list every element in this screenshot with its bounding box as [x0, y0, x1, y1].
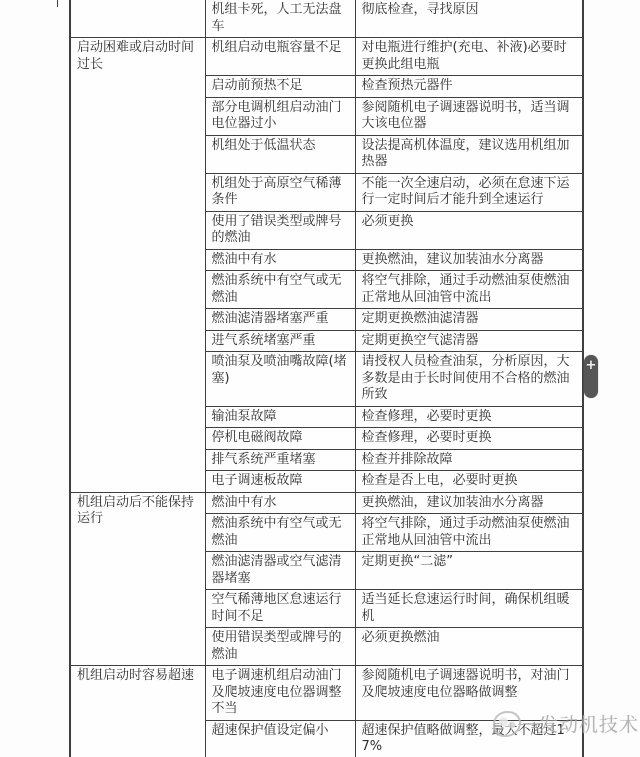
solution-cell: 设法提高机体温度，建议选用机组加热器 [355, 135, 583, 173]
table-row: 机组启动后不能保持运行燃油中有水更换燃油，建议加装油水分离器 [70, 492, 583, 514]
solution-cell: 必须更换 [355, 211, 583, 249]
solution-cell: 不能一次全速启动，必须在怠速下运行一定时间后才能升到全速运行 [355, 173, 583, 211]
cause-cell: 使用了错误类型或牌号的燃油 [205, 211, 355, 249]
solution-cell: 定期更换“二滤” [355, 552, 583, 590]
solution-cell: 检查并排除故障 [355, 449, 583, 471]
solution-cell: 将空气排除，通过手动燃油泵使燃油正常地从回油管中流出 [355, 271, 583, 309]
solution-cell: 将空气排除，通过手动燃油泵使燃油正常地从回油管中流出 [355, 514, 583, 552]
cause-cell: 进气系统堵塞严重 [205, 330, 355, 352]
fault-category-cell: 启动困难或启动时间过长 [70, 38, 205, 493]
solution-cell: 必须更换燃油 [355, 628, 583, 666]
cause-cell: 燃油中有水 [205, 249, 355, 271]
cause-cell: 机组处于低温状态 [205, 135, 355, 173]
solution-cell: 更换燃油，建议加装油水分离器 [355, 492, 583, 514]
table-row: 机组卡死，人工无法盘车彻底检查，寻找原因 [70, 0, 583, 38]
document-page: 机组卡死，人工无法盘车彻底检查，寻找原因启动困难或启动时间过长机组启动电瓶容量不… [0, 0, 640, 757]
cause-cell: 机组卡死，人工无法盘车 [205, 0, 355, 38]
cause-cell: 燃油中有水 [205, 492, 355, 514]
cause-cell: 使用错误类型或牌号的燃油 [205, 628, 355, 666]
cause-cell: 机组启动电瓶容量不足 [205, 38, 355, 76]
cause-cell: 燃油滤清器或空气滤清器堵塞 [205, 552, 355, 590]
cause-cell: 排气系统严重堵塞 [205, 449, 355, 471]
fault-category-cell: 机组启动后不能保持运行 [70, 492, 205, 666]
solution-cell: 对电瓶进行维护(充电、补液)必要时更换此组电瓶 [355, 38, 583, 76]
troubleshooting-table: 机组卡死，人工无法盘车彻底检查，寻找原因启动困难或启动时间过长机组启动电瓶容量不… [69, 0, 584, 757]
solution-cell: 检查预热元器件 [355, 76, 583, 98]
plus-icon: + [584, 355, 598, 377]
cause-cell: 燃油系统中有空气或无燃油 [205, 514, 355, 552]
cause-cell: 机组处于高原空气稀薄条件 [205, 173, 355, 211]
cause-cell: 燃油滤清器堵塞严重 [205, 309, 355, 331]
solution-cell: 适当延长怠速运行时间，确保机组暖机 [355, 590, 583, 628]
solution-cell: 检查修理，必要时更换 [355, 428, 583, 450]
fault-category-cell [70, 0, 205, 38]
cause-cell: 超速保护值设定偏小 [205, 720, 355, 757]
fault-category-cell: 机组启动时容易超速 [70, 666, 205, 757]
solution-cell: 定期更换燃油滤清器 [355, 309, 583, 331]
cause-cell: 启动前预热不足 [205, 76, 355, 98]
table-row: 启动困难或启动时间过长机组启动电瓶容量不足对电瓶进行维护(充电、补液)必要时更换… [70, 38, 583, 76]
solution-cell: 检查修理，必要时更换 [355, 406, 583, 428]
solution-cell: 参阅随机电子调速器说明书，对油门及爬坡速度电位器略做调整 [355, 666, 583, 721]
cause-cell: 喷油泵及喷油嘴故障(堵塞) [205, 352, 355, 407]
cause-cell: 输油泵故障 [205, 406, 355, 428]
cause-cell: 电子调速板故障 [205, 471, 355, 493]
troubleshooting-table-body: 机组卡死，人工无法盘车彻底检查，寻找原因启动困难或启动时间过长机组启动电瓶容量不… [70, 0, 583, 757]
cause-cell: 停机电磁阀故障 [205, 428, 355, 450]
cause-cell: 空气稀薄地区怠速运行时间不足 [205, 590, 355, 628]
solution-cell: 超速保护值略做调整，最大不超过17% [355, 720, 583, 757]
solution-cell: 检查是否上电，必要时更换 [355, 471, 583, 493]
solution-cell: 参阅随机电子调速器说明书，适当调大该电位器 [355, 97, 583, 135]
solution-cell: 定期更换空气滤清器 [355, 330, 583, 352]
solution-cell: 彻底检查，寻找原因 [355, 0, 583, 38]
scrollbar-thumb[interactable]: + [584, 355, 598, 398]
cause-cell: 部分电调机组启动油门电位器过小 [205, 97, 355, 135]
cause-cell: 燃油系统中有空气或无燃油 [205, 271, 355, 309]
solution-cell: 更换燃油，建议加装油水分离器 [355, 249, 583, 271]
solution-cell: 请授权人员检查油泵，分析原因，大多数是由于长时间使用不合格的燃油所致 [355, 352, 583, 407]
cause-cell: 电子调速机组启动油门及爬坡速度电位器调整不当 [205, 666, 355, 721]
table-row: 机组启动时容易超速电子调速机组启动油门及爬坡速度电位器调整不当参阅随机电子调速器… [70, 666, 583, 721]
cutoff-border-stub [57, 0, 58, 7]
